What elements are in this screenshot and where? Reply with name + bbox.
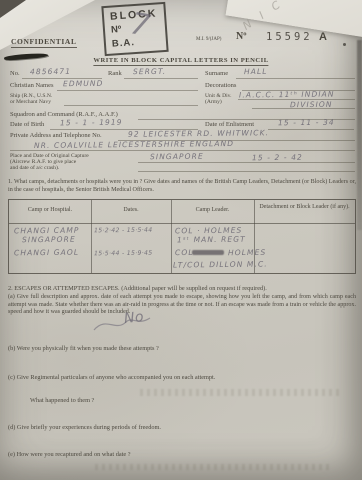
capture-place-value: SINGAPORE (150, 152, 204, 162)
rank-value: SERGT. (133, 67, 166, 76)
rule-line (236, 78, 355, 79)
question-2b-text: (b) Were you physically fit when you mad… (8, 345, 159, 352)
question-2c-text: (c) Give Regimental particulars of anyon… (8, 374, 215, 381)
stamp-no-symbol: Nº (111, 24, 122, 36)
serial-no-symbol: Nº (236, 31, 247, 42)
series-letter: A (319, 31, 327, 43)
enlistment-label: Date of Enlistment (205, 121, 254, 128)
rule-line (64, 105, 198, 106)
unit-div-label-line2: (Army) (205, 99, 222, 105)
rule-line (252, 108, 355, 109)
block-number-stamp: BLOCK Nº B.A. 7 (101, 2, 168, 56)
surname-label: Surname (205, 70, 228, 77)
question-2c-followup: What happened to them ? (30, 397, 94, 404)
crossed-out-name (192, 250, 224, 255)
form-ref-code: M.I. 9/(JAP) (196, 37, 221, 42)
rule-line (57, 90, 198, 91)
rule-line (124, 78, 198, 79)
christian-names-value: EDMUND (63, 79, 104, 88)
table-row-camp-line2: SINGAPORE (22, 235, 76, 245)
question-2a-text: (a) Give full description and approx. da… (8, 294, 356, 317)
question-2e-text: (e) How were you recaptured and on what … (8, 451, 131, 458)
unit-div-value: I.A.C.C. 11ᵗʰ INDIAN (239, 89, 335, 99)
surname-value: HALL (244, 67, 268, 76)
instruction-heading: WRITE IN BLOCK CAPITAL LETTERS IN PENCIL (93, 57, 268, 66)
christian-names-label: Christian Names (10, 82, 54, 89)
form-page: CONFIDENTIAL BLOCK Nº B.A. 7 M.I. 9/(JAP… (0, 0, 362, 480)
col-header-detachment: Detachment or Block Leader (if any). (256, 204, 353, 211)
ship-label-line2: or Merchant Navy (10, 99, 51, 105)
confidential-marking: CONFIDENTIAL (11, 37, 77, 48)
question-2-heading: 2. ESCAPES OR ATTEMPTED ESCAPES. (Additi… (8, 285, 267, 292)
table-row-leader: COL (175, 248, 194, 257)
ink-bleed-through (140, 389, 340, 396)
enlistment-value: 15 - 11 - 34 (278, 118, 335, 128)
capture-date-value: 15 - 2 - 42 (252, 153, 303, 163)
table-row-dates: 15·2·42 - 15·5·44 (94, 227, 153, 235)
rule-line (10, 150, 355, 151)
serial-number: 15592 (266, 31, 313, 43)
question-1-text: 1. What camps, detachments or hospitals … (8, 179, 356, 194)
col-header-leader: Camp Leader. (171, 207, 254, 214)
col-header-dates: Dates. (91, 207, 171, 214)
dob-label: Date of Birth (10, 121, 44, 128)
camps-table: Camp or Hospital. Dates. Camp Leader. De… (8, 199, 356, 274)
table-row-leader-line2: 1ˢᵗ MAN. REGT (177, 235, 246, 245)
col-header-camp: Camp or Hospital. (9, 207, 91, 214)
dob-value: 15 - 1 - 1919 (60, 118, 123, 128)
decorations-label: Decorations (205, 82, 236, 89)
rule-line (138, 171, 355, 172)
table-row-leader-line2: LT/COL DILLON M.C. (173, 260, 268, 270)
address-value-line2: NR. COALVILLE LEICESTERSHIRE ENGLAND (34, 139, 234, 150)
address-value: 92 LEICESTER RD. WHITWICK. (128, 128, 269, 138)
page-edge-shadow-right (357, 40, 362, 230)
table-header-divider (9, 223, 355, 224)
scanned-document: CONFIDENTIAL BLOCK Nº B.A. 7 M.I. 9/(JAP… (0, 0, 362, 480)
pen-scribble-mark (4, 52, 48, 61)
address-label: Private Address and Telephone No. (10, 132, 102, 139)
rule-line (268, 129, 354, 130)
table-row-camp: CHANGI GAOL (14, 248, 79, 258)
service-number-value: 4856471 (30, 67, 71, 76)
ink-bleed-through (95, 464, 330, 470)
question-2d-text: (d) Give briefly your experiences during… (8, 424, 161, 431)
capture-label-line3: and date of a/c crash). (10, 165, 59, 171)
table-row-leader-cont: HOLMES (228, 248, 266, 257)
rank-label: Rank (108, 70, 122, 77)
no-label: No. (10, 70, 20, 77)
question-2a-answer: No (123, 309, 145, 327)
ink-speck (343, 43, 346, 46)
table-row-dates: 15·5·44 - 15·9·45 (94, 250, 153, 258)
rule-line (138, 162, 355, 163)
